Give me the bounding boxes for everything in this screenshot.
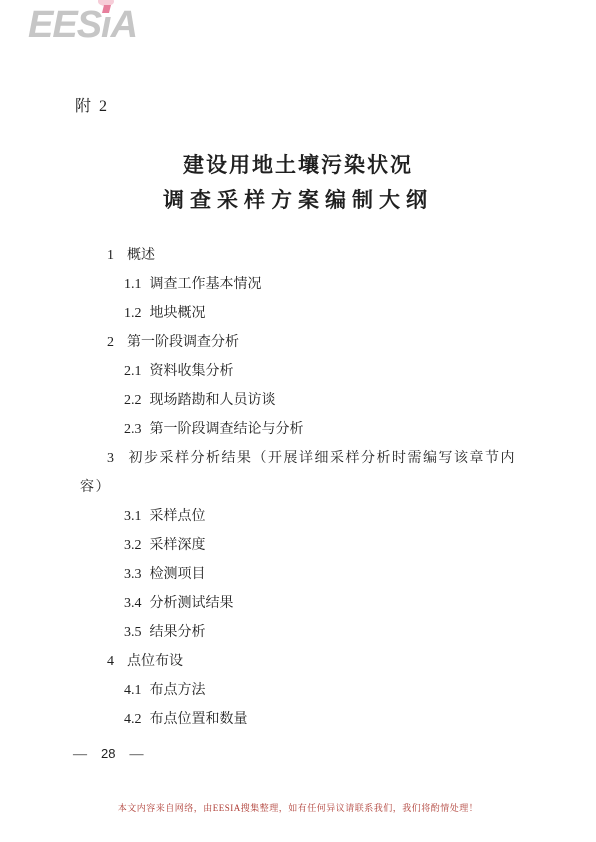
outline-item-text: 采样深度	[150, 538, 206, 553]
page-number-dash-right: —	[129, 747, 143, 762]
outline-item-text: 地块概况	[150, 306, 206, 321]
outline-item: 4.2布点位置和数量	[80, 705, 520, 734]
outline-item: 3.1采样点位	[80, 502, 520, 531]
outline-item-number: 3	[107, 451, 116, 466]
outline-item-number: 1.2	[124, 306, 142, 321]
outline-item-number: 2.1	[124, 364, 142, 379]
outline-item-text: 概述	[127, 248, 155, 263]
outline-item-text: 结果分析	[150, 625, 206, 640]
outline-item-text: 第一阶段调查分析	[127, 335, 239, 350]
outline-item-text: 现场踏勘和人员访谈	[150, 393, 276, 408]
outline-item-number: 3.3	[124, 567, 142, 582]
logo-text-pre: EES	[28, 4, 101, 46]
outline-item-number: 3.2	[124, 538, 142, 553]
outline-item-text: 调查工作基本情况	[150, 277, 262, 292]
outline-item-number: 4.1	[124, 683, 142, 698]
outline-item-number: 4.2	[124, 712, 142, 727]
outline-item: 2第一阶段调查分析	[80, 328, 520, 357]
outline-item-number: 2.2	[124, 393, 142, 408]
outline-item-number: 4	[107, 654, 114, 669]
outline-item-text: 初步采样分析结果（开展详细采样分析时需编写该章节内容）	[80, 451, 516, 495]
title-line-1: 建设用地土壤污染状况	[0, 148, 596, 183]
outline-item: 2.1资料收集分析	[80, 357, 520, 386]
attachment-label: 附 2	[75, 93, 109, 116]
outline-item: 3.3检测项目	[80, 560, 520, 589]
outline-item-number: 2.3	[124, 422, 142, 437]
outline-item: 1.1调查工作基本情况	[80, 270, 520, 299]
outline-item-text: 采样点位	[150, 509, 206, 524]
outline-item: 3.4分析测试结果	[80, 589, 520, 618]
outline-item-text: 检测项目	[150, 567, 206, 582]
outline-item-text: 布点位置和数量	[150, 712, 248, 727]
outline-item-text: 第一阶段调查结论与分析	[150, 422, 304, 437]
outline-item: 1概述	[80, 241, 520, 270]
outline-item-number: 3.5	[124, 625, 142, 640]
document-title: 建设用地土壤污染状况 调查采样方案编制大纲	[0, 148, 596, 218]
outline-item: 4点位布设	[80, 647, 520, 676]
outline-item: 3.5结果分析	[80, 618, 520, 647]
logo-text-post: A	[111, 4, 137, 46]
footer-disclaimer: 本文内容来自网络，由EESIA搜集整理，如有任何异议请联系我们，我们将酌情处理！	[0, 801, 596, 814]
outline-item-number: 1.1	[124, 277, 142, 292]
outline-item: 2.2现场踏勘和人员访谈	[80, 386, 520, 415]
outline-item-number: 3.1	[124, 509, 142, 524]
document-page: EESıA 附 2 建设用地土壤污染状况 调查采样方案编制大纲 1概述1.1调查…	[0, 0, 596, 842]
outline-item: 1.2地块概况	[80, 299, 520, 328]
outline-item-text: 资料收集分析	[150, 364, 234, 379]
outline-item: 4.1布点方法	[80, 676, 520, 705]
outline-item: 2.3第一阶段调查结论与分析	[80, 415, 520, 444]
outline-item-number: 2	[107, 335, 114, 350]
page-number: —28—	[73, 746, 143, 763]
logo-letter-i: ı	[101, 4, 111, 46]
outline-item-text: 点位布设	[127, 654, 183, 669]
outline-item: 3.2采样深度	[80, 531, 520, 560]
outline-item-number: 3.4	[124, 596, 142, 611]
outline-item-number: 1	[107, 248, 114, 263]
outline-item-text: 分析测试结果	[150, 596, 234, 611]
eesia-logo: EESıA	[28, 4, 137, 47]
page-number-value: 28	[101, 746, 115, 761]
outline-list: 1概述1.1调查工作基本情况1.2地块概况2第一阶段调查分析2.1资料收集分析2…	[80, 241, 520, 734]
title-line-2: 调查采样方案编制大纲	[0, 183, 596, 218]
outline-item: 3初步采样分析结果（开展详细采样分析时需编写该章节内容）	[80, 444, 520, 502]
page-number-dash-left: —	[73, 747, 87, 762]
outline-item-text: 布点方法	[150, 683, 206, 698]
